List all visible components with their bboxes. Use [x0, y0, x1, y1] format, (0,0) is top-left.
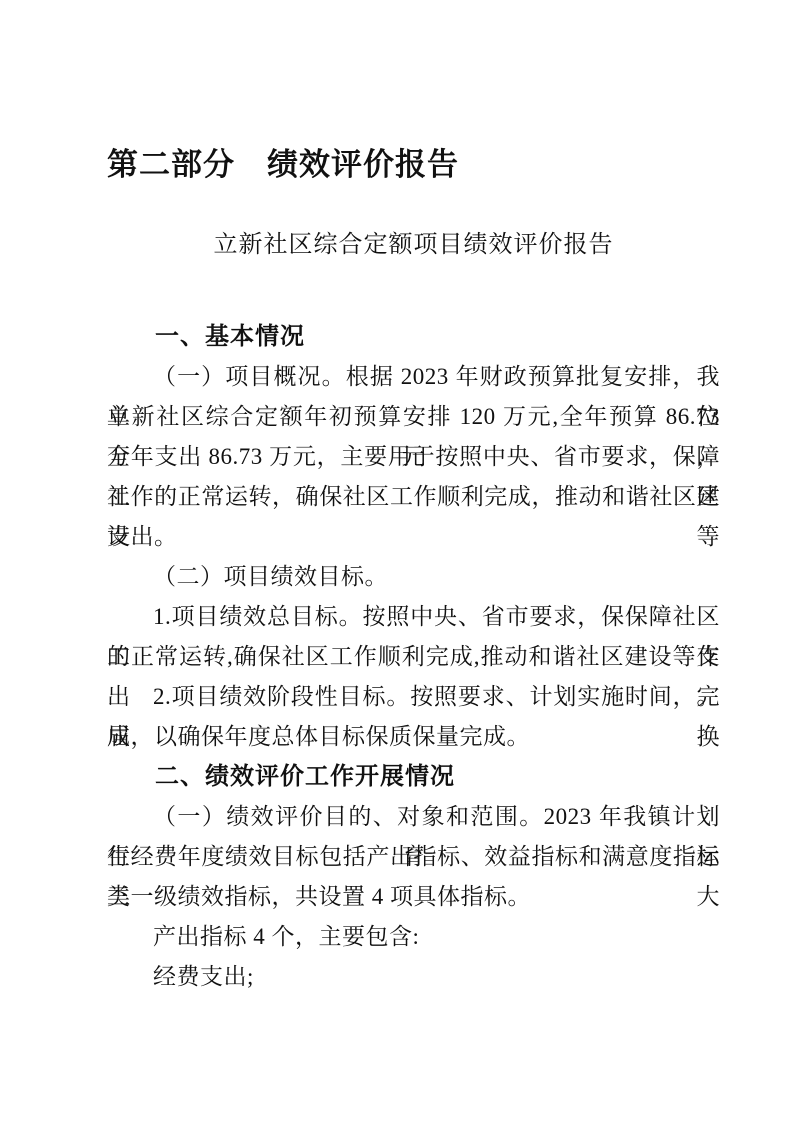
paragraph-line: （一）绩效评价目的、对象和范围。2023 年我镇计划生育运	[107, 797, 720, 837]
paragraph-line: 2.项目绩效阶段性目标。按照要求、计划实施时间，完成换	[107, 677, 720, 717]
paragraph-line: 产出指标 4 个，主要包含:	[107, 917, 720, 957]
paragraph-line: 1.项目绩效总目标。按照中央、省市要求，保保障社区工作	[107, 597, 720, 637]
paragraph-line: （一）项目概况。根据 2023 年财政预算批复安排，我单位	[107, 357, 720, 397]
document-page: 第二部分 绩效评价报告 立新社区综合定额项目绩效评价报告 一、基本情况 （一）项…	[0, 0, 793, 1122]
paragraph-line: （二）项目绩效目标。	[107, 557, 720, 597]
paragraph-line: 全年支出 86.73 万元，主要用于按照中央、省市要求，保障社区	[107, 437, 720, 477]
document-body: 一、基本情况 （一）项目概况。根据 2023 年财政预算批复安排，我单位 立新社…	[107, 317, 720, 997]
section-heading-2: 二、绩效评价工作开展情况	[107, 757, 720, 797]
paragraph-line: 经费支出;	[107, 957, 720, 997]
paragraph-line: 的正常运转,确保社区工作顺利完成,推动和谐社区建设等支出。	[107, 637, 720, 677]
paragraph-line: 立新社区综合定额年初预算安排 120 万元,全年预算 86.73 万元，	[107, 397, 720, 437]
section-heading-1: 一、基本情况	[107, 317, 720, 357]
paragraph-line: 工作的正常运转，确保社区工作顺利完成，推动和谐社区建设等	[107, 477, 720, 517]
document-title: 立新社区综合定额项目绩效评价报告	[107, 225, 720, 265]
part-heading: 第二部分 绩效评价报告	[107, 145, 720, 185]
paragraph-line: 行经费年度绩效目标包括产出指标、效益指标和满意度指标三大	[107, 837, 720, 877]
